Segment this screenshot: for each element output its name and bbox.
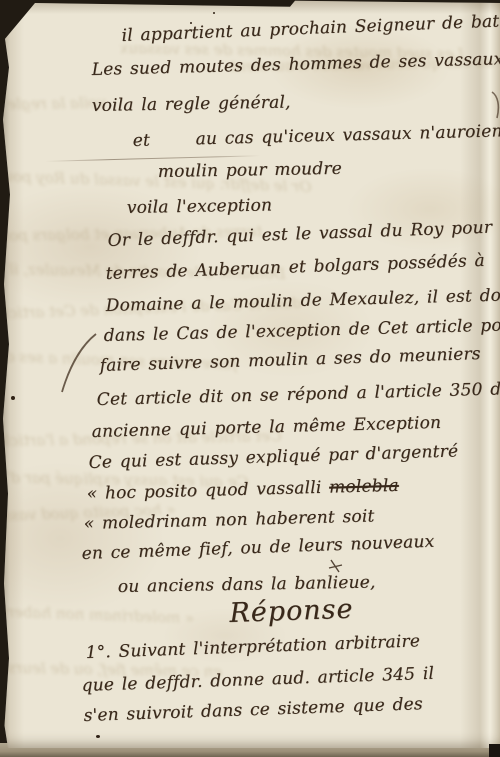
ghost-line: voila la regle général, <box>0 94 106 115</box>
manuscript-page: Or le deffdr. qui est le vassal du Roy p… <box>0 0 500 748</box>
manuscript-scan: Or le deffdr. qui est le vassal du Roy p… <box>0 0 500 757</box>
manuscript-line: faire suivre son moulin a ses do meunier… <box>99 344 481 376</box>
manuscript-line: ancienne qui porte la même Exception <box>91 413 441 442</box>
ink-speck <box>213 12 215 14</box>
manuscript-line: il appartient au prochain Seigneur de ba… <box>121 11 500 46</box>
ink-dot <box>11 396 15 400</box>
manuscript-line: 1°. Suivant l'interprétation arbitraire <box>85 631 420 663</box>
ghost-line: « moledrinam non haberent soit <box>0 601 195 628</box>
manuscript-line: dans le Cas de l'exception de Cet articl… <box>103 315 500 346</box>
manuscript-line: Réponse <box>229 594 354 629</box>
manuscript-line: « moledrinam non haberent soit <box>83 506 374 534</box>
margin-stroke <box>62 334 96 392</box>
manuscript-line: voila l'exception <box>127 195 273 218</box>
manuscript-line: que le deffdr. donne aud. article 345 il <box>81 664 434 696</box>
manuscript-line: « hoc posito quod vassalli molebla <box>86 476 399 504</box>
manuscript-line: Cet article dit on se répond a l'article… <box>96 379 500 410</box>
insertion-caret <box>329 560 342 572</box>
manuscript-line: s'en suivroit dans ce sisteme que des <box>83 694 423 726</box>
corner-shadow <box>489 744 500 757</box>
manuscript-line: Domaine a le moulin de Mexaulez, il est … <box>105 285 500 316</box>
ink-speck <box>190 22 192 24</box>
manuscript-line: Or le deffdr. qui est le vassal du Roy p… <box>107 216 500 251</box>
struck-word: molebla <box>329 476 399 498</box>
manuscript-line: terres de Auberuan et bolgars possédés à <box>105 251 485 284</box>
manuscript-line: moulin pour moudre <box>158 159 342 182</box>
manuscript-line: en ce même fief, ou de leurs nouveaux <box>81 532 434 564</box>
manuscript-line: et au cas qu'iceux vassaux n'auroient <box>132 121 500 151</box>
manuscript-line: Ce qui est aussy expliqué par d'argentré <box>88 441 458 473</box>
manuscript-line: Les sued moutes des hommes de ses vassau… <box>91 49 500 80</box>
edge-stroke <box>492 92 498 118</box>
manuscript-line: voila la regle général, <box>92 93 291 116</box>
ink-dot <box>96 735 100 738</box>
